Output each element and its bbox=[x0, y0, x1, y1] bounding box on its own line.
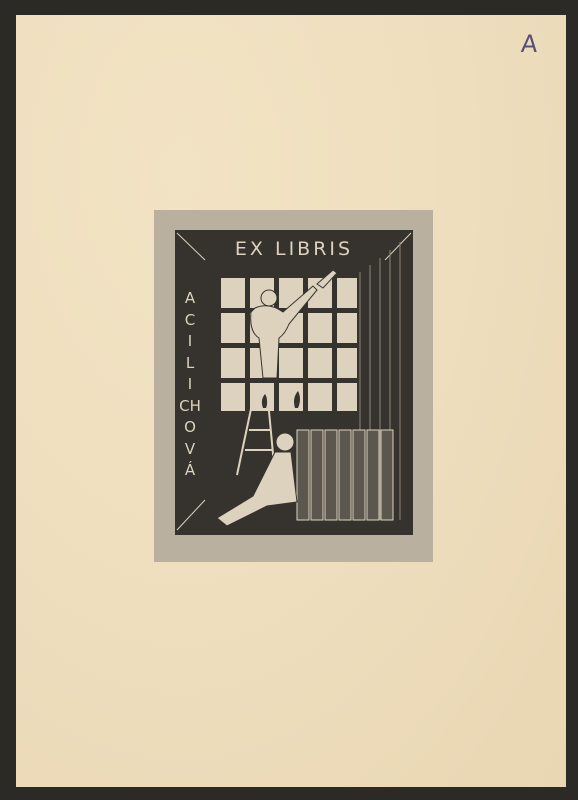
owner-letter: V bbox=[179, 439, 201, 461]
owner-letter: Á bbox=[179, 460, 201, 482]
owner-letter: I bbox=[179, 331, 201, 353]
owner-letter: I bbox=[179, 374, 201, 396]
owner-letter: O bbox=[179, 417, 201, 439]
owner-name-vertical: A C I L I CH O V Á bbox=[179, 288, 201, 482]
bookplate-print: EX LIBRIS A C I L I CH O V Á bbox=[175, 230, 413, 535]
window-scene-illustration bbox=[175, 230, 413, 535]
ex-libris-title: EX LIBRIS bbox=[175, 238, 413, 260]
corner-pencil-mark: A bbox=[520, 30, 538, 58]
owner-letter: C bbox=[179, 310, 201, 332]
owner-letter: L bbox=[179, 353, 201, 375]
owner-letter: CH bbox=[179, 396, 201, 418]
owner-letter: A bbox=[179, 288, 201, 310]
